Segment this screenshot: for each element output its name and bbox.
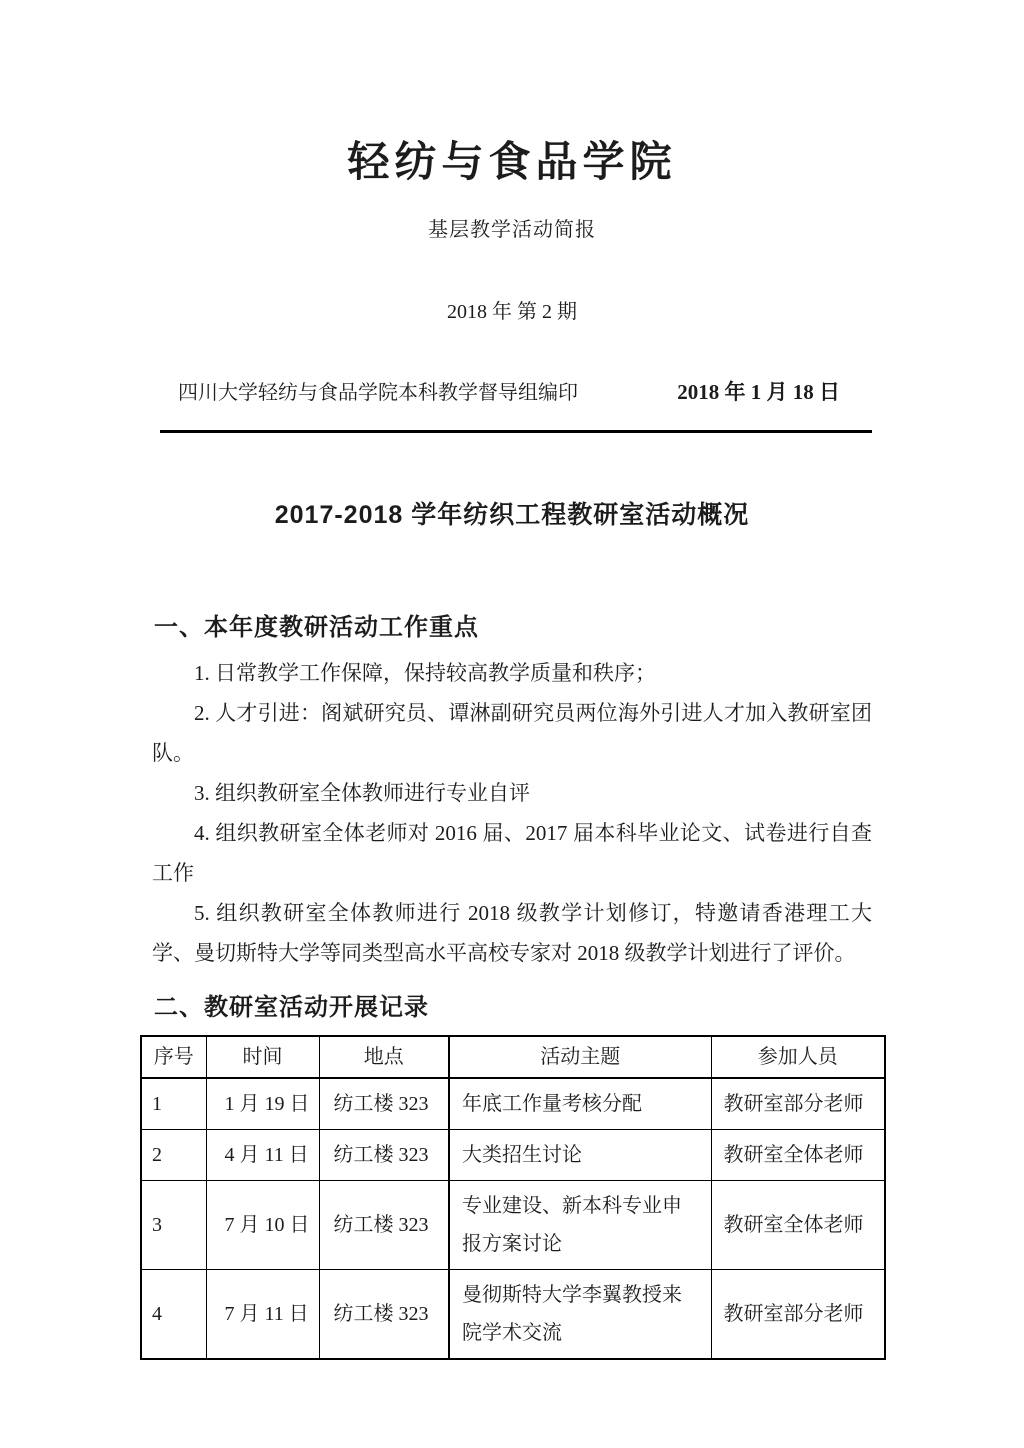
list-item: 3. 组织教研室全体教师进行专业自评 bbox=[152, 773, 872, 813]
cell-people: 教研室部分老师 bbox=[711, 1270, 885, 1360]
cell-place: 纺工楼 323 bbox=[319, 1270, 449, 1360]
cell-no: 3 bbox=[141, 1181, 206, 1270]
publish-date: 2018 年 1 月 18 日 bbox=[677, 377, 840, 407]
table-row: 3 7 月 10 日 纺工楼 323 专业建设、新本科专业申报方案讨论 教研室全… bbox=[141, 1181, 885, 1270]
document-page: 轻纺与食品学院 基层教学活动简报 2018 年 第 2 期 四川大学轻纺与食品学… bbox=[0, 0, 1024, 1448]
list-item: 5. 组织教研室全体教师进行 2018 级教学计划修订，特邀请香港理工大学、曼切… bbox=[152, 893, 872, 973]
cell-no: 2 bbox=[141, 1130, 206, 1181]
cell-place: 纺工楼 323 bbox=[319, 1078, 449, 1130]
header-cell-time: 时间 bbox=[206, 1036, 319, 1078]
section1-heading: 一、本年度教研活动工作重点 bbox=[154, 611, 884, 645]
cell-place: 纺工楼 323 bbox=[319, 1181, 449, 1270]
cell-topic: 大类招生讨论 bbox=[449, 1130, 711, 1181]
list-item: 4. 组织教研室全体老师对 2016 届、2017 届本科毕业论文、试卷进行自查… bbox=[152, 813, 872, 893]
cell-no: 1 bbox=[141, 1078, 206, 1130]
header-cell-place: 地点 bbox=[319, 1036, 449, 1078]
document-title: 2017-2018 学年纺织工程教研室活动概况 bbox=[140, 497, 884, 533]
activity-table: 序号 时间 地点 活动主题 参加人员 1 1 月 19 日 纺工楼 323 年底… bbox=[140, 1035, 886, 1360]
section2-heading: 二、教研室活动开展记录 bbox=[154, 991, 884, 1025]
publisher-name: 四川大学轻纺与食品学院本科教学督导组编印 bbox=[178, 378, 578, 408]
list-item: 2. 人才引进：阁斌研究员、谭淋副研究员两位海外引进人才加入教研室团队。 bbox=[152, 693, 872, 773]
cell-time: 4 月 11 日 bbox=[206, 1130, 319, 1181]
table-row: 2 4 月 11 日 纺工楼 323 大类招生讨论 教研室全体老师 bbox=[141, 1130, 885, 1181]
cell-topic: 曼彻斯特大学李翼教授来院学术交流 bbox=[449, 1270, 711, 1360]
section1-body: 1. 日常教学工作保障，保持较高教学质量和秩序； 2. 人才引进：阁斌研究员、谭… bbox=[152, 653, 872, 973]
cell-time: 7 月 11 日 bbox=[206, 1270, 319, 1360]
table-row: 1 1 月 19 日 纺工楼 323 年底工作量考核分配 教研室部分老师 bbox=[141, 1078, 885, 1130]
cell-no: 4 bbox=[141, 1270, 206, 1360]
college-title: 轻纺与食品学院 bbox=[140, 135, 884, 191]
cell-place: 纺工楼 323 bbox=[319, 1130, 449, 1181]
issue-number: 2018 年 第 2 期 bbox=[140, 297, 884, 327]
cell-time: 7 月 10 日 bbox=[206, 1181, 319, 1270]
cell-people: 教研室全体老师 bbox=[711, 1130, 885, 1181]
header-cell-no: 序号 bbox=[141, 1036, 206, 1078]
cell-topic: 专业建设、新本科专业申报方案讨论 bbox=[449, 1181, 711, 1270]
cell-people: 教研室全体老师 bbox=[711, 1181, 885, 1270]
cell-time: 1 月 19 日 bbox=[206, 1078, 319, 1130]
table-body: 1 1 月 19 日 纺工楼 323 年底工作量考核分配 教研室部分老师 2 4… bbox=[141, 1078, 885, 1359]
list-item: 1. 日常教学工作保障，保持较高教学质量和秩序； bbox=[152, 653, 872, 693]
cell-people: 教研室部分老师 bbox=[711, 1078, 885, 1130]
header-cell-topic: 活动主题 bbox=[449, 1036, 711, 1078]
header-cell-people: 参加人员 bbox=[711, 1036, 885, 1078]
publisher-row: 四川大学轻纺与食品学院本科教学督导组编印 2018 年 1 月 18 日 bbox=[140, 377, 884, 408]
masthead-divider bbox=[160, 430, 872, 433]
document-content: 轻纺与食品学院 基层教学活动简报 2018 年 第 2 期 四川大学轻纺与食品学… bbox=[0, 135, 1024, 1360]
cell-topic: 年底工作量考核分配 bbox=[449, 1078, 711, 1130]
table-row: 4 7 月 11 日 纺工楼 323 曼彻斯特大学李翼教授来院学术交流 教研室部… bbox=[141, 1270, 885, 1360]
table-header-row: 序号 时间 地点 活动主题 参加人员 bbox=[141, 1036, 885, 1078]
table-header: 序号 时间 地点 活动主题 参加人员 bbox=[141, 1036, 885, 1078]
bulletin-subtitle: 基层教学活动简报 bbox=[140, 215, 884, 245]
